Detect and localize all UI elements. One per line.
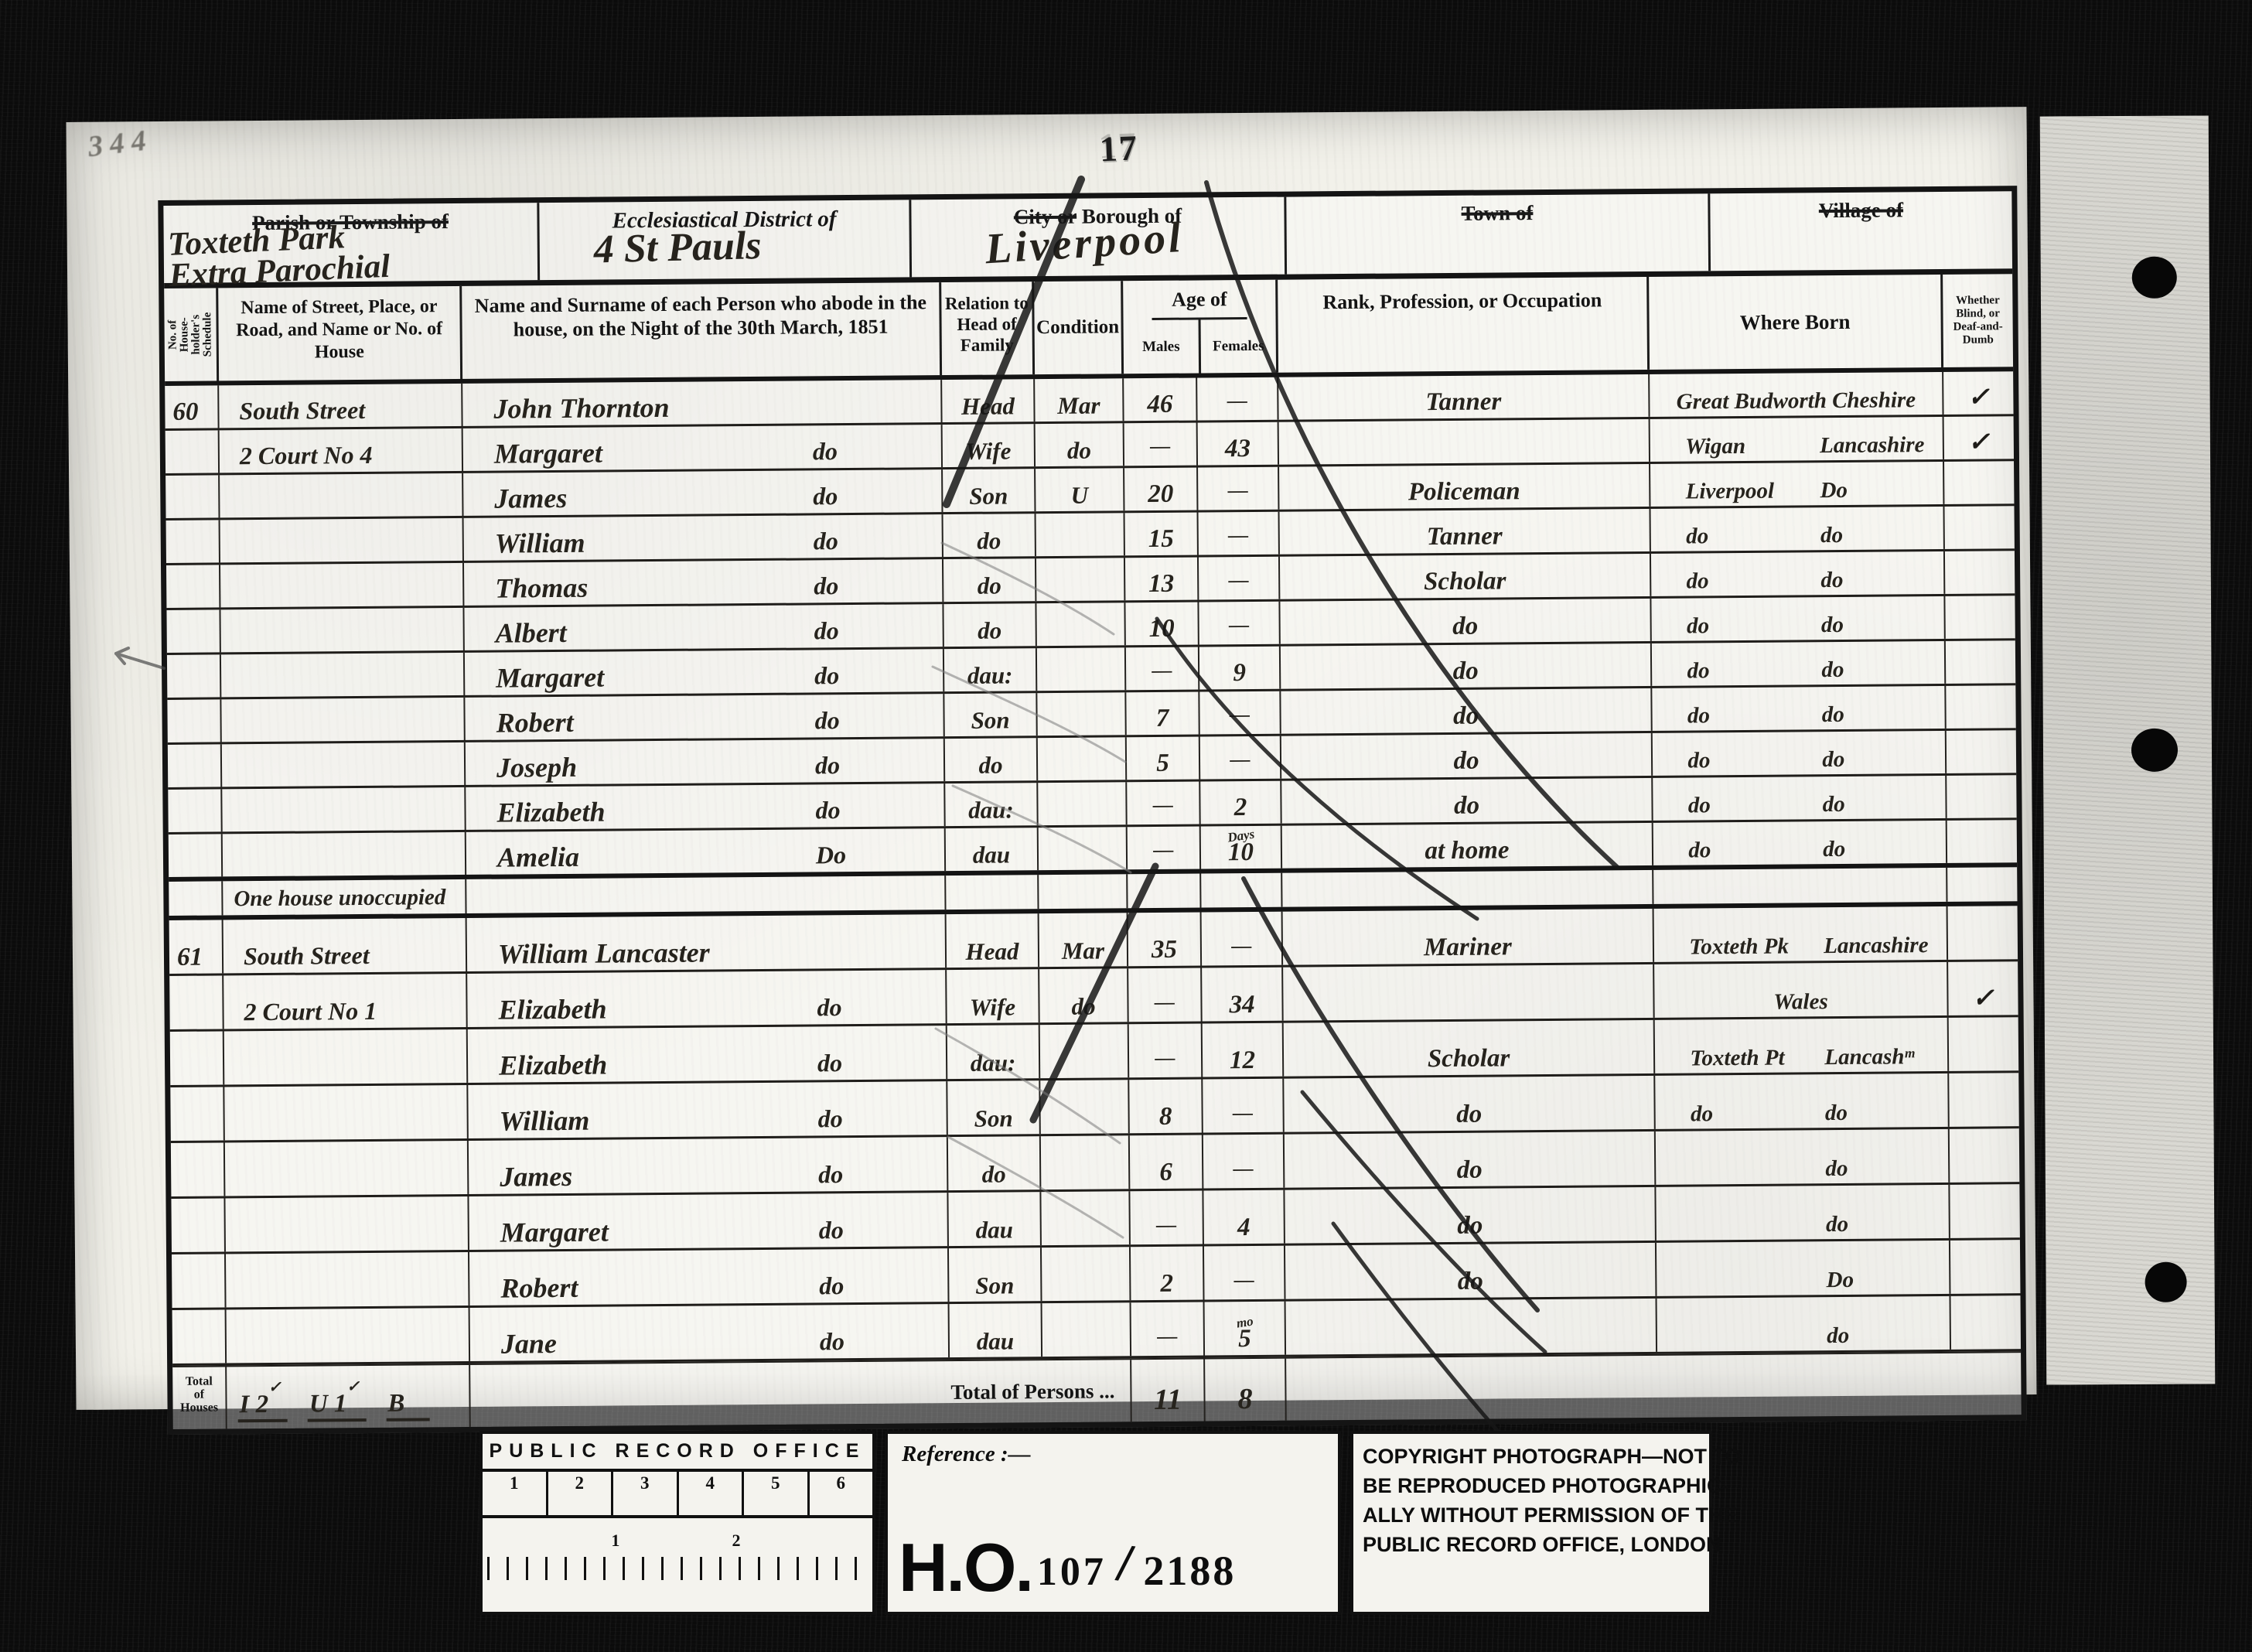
cell-age-female: — (1199, 602, 1280, 645)
cell-condition (1036, 513, 1125, 556)
cell-condition (1037, 692, 1126, 736)
cell-blind-deaf (1950, 1240, 2021, 1294)
cell-blind-deaf (1947, 775, 2016, 818)
cell-blind-deaf (1947, 730, 2016, 773)
cell-age-male: — (1128, 826, 1201, 869)
cell-occupation: Mariner (1283, 909, 1655, 965)
cell-age-female: 43 (1198, 422, 1279, 466)
cell-blind-deaf: ✓ (1943, 371, 2013, 415)
cell-schedule-number (167, 699, 221, 742)
cell-name: Margaretdo (463, 425, 943, 471)
cell-where-born: dodo (1652, 686, 1946, 731)
cell-age-female: — (1199, 557, 1280, 600)
cell-relation: Son (947, 1080, 1041, 1135)
cell-blind-deaf: ✓ (1948, 961, 2018, 1015)
cell-schedule-number (168, 744, 222, 787)
cell-schedule-number (166, 520, 220, 563)
cell-age-male: 35 (1128, 912, 1203, 966)
col-header-age-males: Males (1124, 319, 1202, 374)
cell-age-male: 5 (1127, 736, 1200, 780)
cell-occupation: do (1285, 1187, 1657, 1244)
cell-condition: Mar (1039, 913, 1129, 967)
reference-box: Reference :— H.O. 107 / 2188 (885, 1431, 1341, 1615)
cell-schedule-number (169, 834, 223, 877)
surname-ditto: do (817, 993, 841, 1022)
cell-where-born: dodo (1655, 1073, 1950, 1129)
cell-street (225, 1196, 469, 1251)
cell-schedule-number (166, 565, 220, 608)
surname-ditto: do (819, 1271, 844, 1300)
folio-page-number: 17 (1099, 127, 1139, 169)
cell-where-born: dodo (1651, 551, 1945, 596)
person-name: James (500, 1160, 572, 1193)
surname-ditto: do (813, 437, 838, 466)
cell-street (221, 653, 465, 697)
total-houses-values: I 2✓ U 1✓ B (227, 1365, 471, 1428)
cell-where-born: WiganLancashire (1650, 417, 1944, 462)
person-name: Elizabeth (499, 1049, 607, 1082)
cell-occupation (1282, 870, 1653, 907)
cell-condition (1041, 1135, 1131, 1190)
cell-schedule-number: 61 (169, 920, 224, 974)
cell-age-female: 12 (1203, 1023, 1285, 1077)
person-name: Thomas (495, 572, 588, 605)
cell-where-born: Great Budworth Cheshire (1650, 372, 1943, 417)
cell-condition (1037, 647, 1126, 691)
cell-where-born: LiverpoolDo (1650, 462, 1944, 507)
cell-occupation: do (1285, 1131, 1657, 1188)
cell-occupation: Tanner (1280, 509, 1651, 555)
cell-condition (1039, 874, 1128, 909)
page-edge-strip (2040, 115, 2216, 1384)
cell-occupation: do (1281, 643, 1652, 689)
total-persons-label: Total of Persons ... (470, 1360, 1132, 1427)
cell-blind-deaf (1949, 1073, 2019, 1127)
cell-age-female: — (1200, 736, 1281, 780)
cell-condition (1041, 1191, 1131, 1245)
cell-where-born: do (1656, 1129, 1950, 1185)
punch-hole (2132, 257, 2177, 299)
cell-age-male: — (1129, 1023, 1203, 1077)
cell-schedule-number (169, 975, 224, 1029)
cell-blind-deaf: ✓ (1944, 416, 2014, 459)
cell-schedule-number (171, 1142, 226, 1196)
cell-relation: dau (946, 828, 1039, 871)
cell-where-born: dodo (1653, 731, 1947, 776)
cell-condition (1040, 1024, 1130, 1078)
cell-name: John Thornton (462, 380, 942, 426)
cell-where-born: Wales (1654, 962, 1949, 1018)
cell-blind-deaf (1950, 1184, 2020, 1238)
cell-age-male: 10 (1125, 602, 1199, 645)
cell-relation: Son (949, 1248, 1042, 1302)
col-header-condition: Condition (1034, 281, 1124, 374)
surname-ditto: do (818, 1104, 843, 1133)
ecclesiastical-value: 4 St Pauls (593, 223, 762, 272)
cell-condition: U (1036, 468, 1124, 511)
cell-schedule-number (165, 475, 220, 518)
surname-ditto: do (817, 1049, 842, 1077)
col-header-street: Name of Street, Place, or Road, and Name… (218, 286, 462, 381)
total-females: 8 (1205, 1359, 1287, 1422)
cell-blind-deaf (1947, 867, 2017, 902)
scanned-census-photograph: { "annotations": { "page_number": "17", … (0, 0, 2252, 1652)
houses-building: B (386, 1389, 430, 1421)
cell-blind-deaf (1946, 640, 2015, 684)
surname-ditto: Do (816, 841, 846, 869)
cell-age-male: 20 (1124, 467, 1198, 510)
cell-condition: do (1036, 423, 1124, 466)
cell-relation: do (943, 514, 1036, 557)
cell-street (220, 563, 464, 607)
cell-condition (1036, 558, 1125, 601)
cell-street: 2 Court No 1 (223, 974, 468, 1029)
surname-ditto: do (814, 527, 838, 555)
surname-ditto: do (815, 796, 840, 824)
cell-age-female: — (1203, 1079, 1285, 1133)
cell-occupation: Policeman (1279, 464, 1650, 510)
person-name: Margaret (500, 1216, 609, 1249)
cell-name: Janedo (470, 1304, 950, 1361)
cell-relation: dau (948, 1192, 1042, 1246)
cell-age-male: 15 (1125, 512, 1199, 555)
copyright-notice: COPYRIGHT PHOTOGRAPH—NOT TO BE REPRODUCE… (1350, 1431, 1712, 1615)
cell-blind-deaf (1944, 461, 2014, 504)
cell-relation: Head (947, 913, 1040, 968)
place-header-band: Parish or Township of Toxteth Park Extra… (163, 191, 2012, 288)
cell-where-born: Do (1657, 1241, 1951, 1296)
cell-age-female: 9 (1199, 647, 1281, 690)
unoccupied-note: One house unoccupied (234, 885, 445, 912)
cell-relation: Wife (943, 424, 1036, 467)
pro-ruler-box: PUBLIC RECORD OFFICE 1 2 3 4 5 6 1 2 (479, 1431, 875, 1615)
reference-label: Reference :— (902, 1442, 1338, 1467)
cell-age-male: 8 (1129, 1079, 1203, 1133)
cell-schedule-number (167, 654, 221, 698)
cell-street (221, 698, 465, 742)
cell-relation: dau (950, 1303, 1043, 1357)
cell-condition (1038, 782, 1127, 825)
cell-age-male (1128, 873, 1201, 908)
cell-schedule-number (166, 609, 220, 653)
cell-age-female: — (1204, 1246, 1286, 1300)
cell-age-male: — (1130, 1190, 1204, 1244)
cell-occupation: do (1281, 733, 1653, 779)
person-name: William (499, 1104, 589, 1138)
cell-schedule-number (168, 789, 222, 832)
person-name: William Lancaster (498, 936, 710, 970)
col-header-occupation: Rank, Profession, or Occupation (1278, 277, 1650, 373)
cell-schedule-number: 60 (165, 385, 219, 428)
surname-ditto: do (819, 1216, 844, 1244)
cell-name: Margaretdo (465, 649, 944, 695)
col-header-age: Age of Males Females (1123, 280, 1278, 374)
cell-name: Elizabethdo (466, 783, 945, 830)
cell-occupation (1283, 964, 1655, 1021)
cell-age-male: — (1131, 1302, 1206, 1356)
cell-age-male: — (1124, 423, 1198, 466)
pro-office-title: PUBLIC RECORD OFFICE (483, 1440, 872, 1463)
person-name: Margaret (494, 437, 602, 470)
cell-street (220, 518, 464, 562)
cell-relation (946, 875, 1039, 910)
cell-condition (1039, 827, 1128, 870)
cell-where-born: dodo (1653, 776, 1947, 821)
cell-age-female: — (1199, 691, 1281, 735)
cell-blind-deaf (1950, 1295, 2021, 1350)
cell-age-female: — (1198, 467, 1279, 510)
cell-street (220, 473, 463, 517)
cell-occupation (1286, 1299, 1658, 1355)
cell-relation: Son (943, 469, 1036, 512)
cell-blind-deaf (1947, 820, 2017, 863)
cell-name (466, 875, 946, 913)
cell-occupation: Tanner (1278, 374, 1650, 420)
ruler-ticks (487, 1557, 868, 1580)
town-cell: Town of (1286, 193, 1711, 274)
cell-occupation: do (1281, 688, 1652, 734)
cell-blind-deaf (1944, 506, 2014, 549)
surname-ditto: do (820, 1327, 844, 1356)
cell-street: South Street (219, 384, 462, 428)
cell-street (224, 1029, 469, 1084)
parish-value: Toxteth Park Extra Parochial (167, 220, 391, 292)
cell-blind-deaf (1949, 1017, 2019, 1071)
cell-street (226, 1252, 470, 1307)
cell-occupation: do (1280, 599, 1651, 644)
person-name: James (494, 482, 567, 515)
cell-where-born: dodo (1652, 641, 1946, 686)
public-record-office-stamp: PUBLIC RECORD OFFICE 1 2 3 4 5 6 1 2 Ref… (479, 1431, 1712, 1615)
cell-street (225, 1141, 469, 1196)
cell-relation: dau: (945, 783, 1038, 826)
cell-name: Elizabethdo (468, 1026, 948, 1083)
col-header-relation: Relation to Head of Family (941, 282, 1035, 375)
col-header-age-group: Age of (1152, 280, 1247, 320)
totals-empty-cell (1286, 1353, 2022, 1420)
parish-cell: Parish or Township of Toxteth Park Extra… (163, 203, 540, 283)
person-name: Jane (501, 1327, 557, 1360)
age-unit-note: mo (1235, 1314, 1254, 1332)
cell-name: Jamesdo (469, 1137, 949, 1194)
cell-schedule-number (172, 1309, 227, 1364)
cell-name: William Lancaster (467, 914, 947, 971)
cell-age-male: 13 (1125, 557, 1199, 600)
town-label: Town of (1286, 200, 1708, 227)
punch-hole (2131, 729, 2178, 772)
cell-name: Josephdo (466, 739, 945, 785)
cell-relation: Head (942, 379, 1035, 422)
col-header-schedule: No. of House- holder's Schedule (164, 288, 219, 381)
cell-where-born: dodo (1650, 507, 1944, 551)
cell-street (223, 832, 466, 876)
cell-condition: Mar (1035, 378, 1124, 422)
houses-inhabited: I 2✓ (237, 1377, 288, 1423)
cell-age-female: — (1203, 1135, 1285, 1189)
cell-schedule-number (171, 1198, 226, 1252)
column-header-row: No. of House- holder's Schedule Name of … (164, 274, 2013, 386)
cell-occupation: Scholar (1284, 1020, 1656, 1077)
pencil-corner-mark: 344 (87, 123, 155, 164)
cell-where-born: dodo (1651, 596, 1945, 641)
col-header-blind: Whether Blind, or Deaf-and-Dumb (1943, 274, 2013, 367)
total-males: 11 (1131, 1359, 1206, 1422)
cell-schedule-number (169, 881, 223, 916)
cell-blind-deaf (1946, 685, 2015, 729)
surname-ditto: do (818, 1160, 843, 1189)
cell-occupation: do (1285, 1243, 1657, 1299)
cell-occupation: do (1281, 778, 1653, 824)
cell-age-male: — (1128, 968, 1203, 1022)
ecclesiastical-district-cell: Ecclesiastical District of 4 St Pauls (539, 200, 912, 280)
cell-relation: dau: (947, 1025, 1041, 1079)
cell-blind-deaf (1948, 906, 2018, 960)
reference-series-ho: H.O. (899, 1541, 1032, 1595)
cell-schedule-number (165, 430, 220, 473)
census-page-paper: 344 17 Parish or Township of Toxteth Par… (67, 107, 2037, 1410)
cell-street (227, 1308, 471, 1363)
borough-cell: City or Borough of Liverpool (911, 197, 1287, 278)
cell-blind-deaf (1945, 551, 2015, 594)
cell-condition (1040, 1080, 1130, 1134)
col-header-name: Name and Surname of each Person who abod… (462, 282, 942, 379)
cell-relation: do (948, 1136, 1042, 1190)
cell-occupation: at home (1282, 823, 1653, 869)
cell-age-female: — (1202, 912, 1284, 966)
cell-condition: do (1039, 968, 1129, 1022)
cell-where-born: do (1657, 1296, 1952, 1352)
cell-street (224, 1085, 469, 1140)
cell-condition (1038, 737, 1127, 780)
col-header-age-females: Females (1201, 319, 1277, 374)
cell-relation: do (945, 738, 1038, 781)
cell-age-male: 7 (1126, 691, 1199, 735)
cell-age-male: 2 (1131, 1246, 1205, 1300)
surname-ditto: do (813, 482, 838, 510)
pro-scale-fine: 1 2 (483, 1518, 872, 1588)
cell-age-female: Days10 (1201, 826, 1282, 869)
person-name: Joseph (496, 751, 577, 784)
village-label: Village of (1710, 197, 2011, 224)
person-name: John Thornton (493, 391, 669, 425)
rows: 60South StreetJohn ThorntonHeadMar46—Tan… (165, 371, 2021, 1366)
person-name: Albert (496, 616, 567, 650)
person-name: Amelia (497, 841, 579, 874)
cell-blind-deaf (1950, 1128, 2020, 1183)
cell-age-male: 6 (1130, 1135, 1204, 1189)
cell-age-male: — (1127, 781, 1200, 824)
person-name: Robert (500, 1271, 578, 1305)
cell-name: Albertdo (464, 604, 943, 650)
houses-uninhabited: U 1✓ (308, 1377, 367, 1422)
cell-street (222, 742, 466, 787)
village-cell: Village of (1710, 191, 2012, 271)
cell-blind-deaf (1945, 596, 2015, 639)
cell-schedule-number (170, 1087, 225, 1141)
cell-occupation (1279, 419, 1650, 465)
cell-relation: do (943, 603, 1036, 647)
totals-row: Total of Houses I 2✓ U 1✓ B Total of Per… (172, 1351, 2022, 1429)
cell-name: AmeliaDo (466, 828, 946, 875)
cell-street: South Street (223, 918, 468, 973)
cell-name: Williamdo (464, 514, 943, 561)
cell-age-male: 46 (1124, 378, 1197, 422)
surname-ditto: do (814, 661, 839, 690)
cell-schedule-number (170, 1031, 225, 1085)
cell-age-female: mo5 (1205, 1302, 1287, 1356)
punch-hole (2145, 1262, 2186, 1302)
pro-scale-inches: 1 2 3 4 5 6 (483, 1469, 872, 1518)
cell-street (220, 608, 464, 652)
census-table: Parish or Township of Toxteth Park Extra… (158, 186, 2026, 1435)
cell-condition (1042, 1302, 1132, 1357)
surname-ditto: do (814, 706, 839, 735)
cell-street (222, 787, 466, 831)
cell-relation: Wife (947, 969, 1040, 1023)
cell-name: Jamesdo (463, 469, 943, 516)
cell-relation: do (943, 558, 1036, 602)
cell-relation: Son (944, 693, 1037, 736)
cell-where-born: do (1656, 1185, 1950, 1241)
cell-name: Margaretdo (469, 1193, 949, 1250)
person-name: Elizabeth (498, 993, 606, 1026)
person-name: Margaret (496, 661, 604, 695)
cell-street: 2 Court No 4 (220, 428, 463, 473)
cell-age-female: 4 (1203, 1190, 1285, 1244)
person-name: William (495, 527, 585, 560)
cell-occupation: Scholar (1280, 554, 1651, 599)
cell-where-born (1653, 868, 1947, 904)
cell-name: Williamdo (468, 1081, 948, 1138)
reference-number: H.O. 107 / 2188 (899, 1533, 1236, 1595)
cell-where-born: Toxteth PkLancashire (1654, 906, 1949, 962)
cell-name: Robertdo (465, 694, 944, 740)
person-name: Robert (496, 706, 573, 739)
cell-name: Thomasdo (464, 559, 943, 606)
cell-where-born: Toxteth PtLancashᵐ (1655, 1018, 1950, 1073)
cell-schedule-number (172, 1254, 227, 1308)
cell-relation: dau: (944, 648, 1037, 691)
cell-where-born: dodo (1653, 821, 1947, 865)
cell-street: One house unoccupied (223, 879, 466, 915)
cell-age-female (1201, 873, 1282, 908)
person-name: Elizabeth (496, 796, 605, 829)
surname-ditto: do (815, 751, 840, 780)
cell-name: Robertdo (469, 1248, 950, 1306)
cell-occupation: do (1284, 1076, 1656, 1132)
cell-age-female: 34 (1202, 968, 1284, 1022)
cell-condition (1042, 1247, 1131, 1301)
cell-name: Elizabethdo (467, 970, 947, 1027)
surname-ditto: do (814, 616, 839, 645)
cell-age-female: — (1199, 512, 1280, 555)
cell-condition (1036, 602, 1125, 646)
surname-ditto: do (814, 572, 838, 600)
cell-age-female: 2 (1200, 781, 1281, 824)
cell-age-male: — (1126, 647, 1199, 690)
col-header-where-born: Where Born (1649, 275, 1943, 370)
cell-age-female: — (1197, 377, 1278, 421)
total-houses-label: Total of Houses (172, 1367, 227, 1429)
